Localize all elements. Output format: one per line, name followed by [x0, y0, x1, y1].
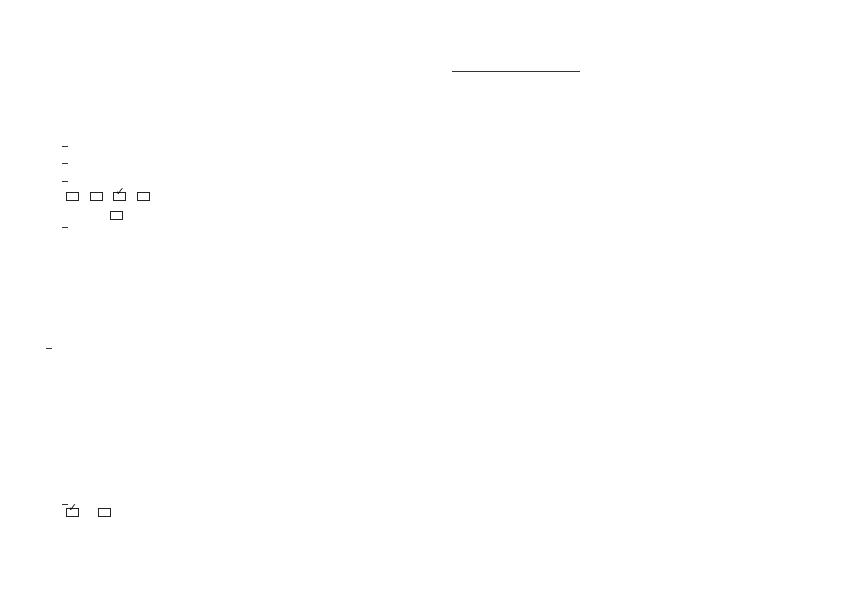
type-acceptance-checkbox[interactable] [90, 192, 103, 201]
contract-page-left [0, 0, 424, 600]
eval-type-row [62, 191, 154, 203]
article-5-item-2 [62, 507, 115, 519]
scope-row [62, 139, 68, 151]
scope-value [62, 146, 68, 147]
service-days [62, 227, 68, 228]
article-3-line-3 [46, 341, 52, 353]
type-pre-checkbox[interactable] [66, 192, 79, 201]
type-design-checkbox[interactable] [137, 192, 150, 201]
main-project-row [62, 156, 68, 168]
contract-page-right [424, 0, 849, 600]
materials-days [46, 348, 52, 349]
installment-checkbox[interactable] [66, 508, 79, 517]
type-status-checkbox[interactable] [113, 192, 126, 201]
one-time-checkbox[interactable] [98, 508, 111, 517]
eval-type-row-2 [100, 210, 127, 222]
article-2-line-1 [62, 220, 68, 232]
aux-project-value [62, 181, 68, 182]
remark-blank [464, 71, 580, 72]
type-comprehensive-checkbox[interactable] [110, 211, 123, 220]
aux-project-row [62, 174, 68, 186]
main-project-value [62, 163, 68, 164]
payment-time-line-2 [452, 64, 580, 76]
